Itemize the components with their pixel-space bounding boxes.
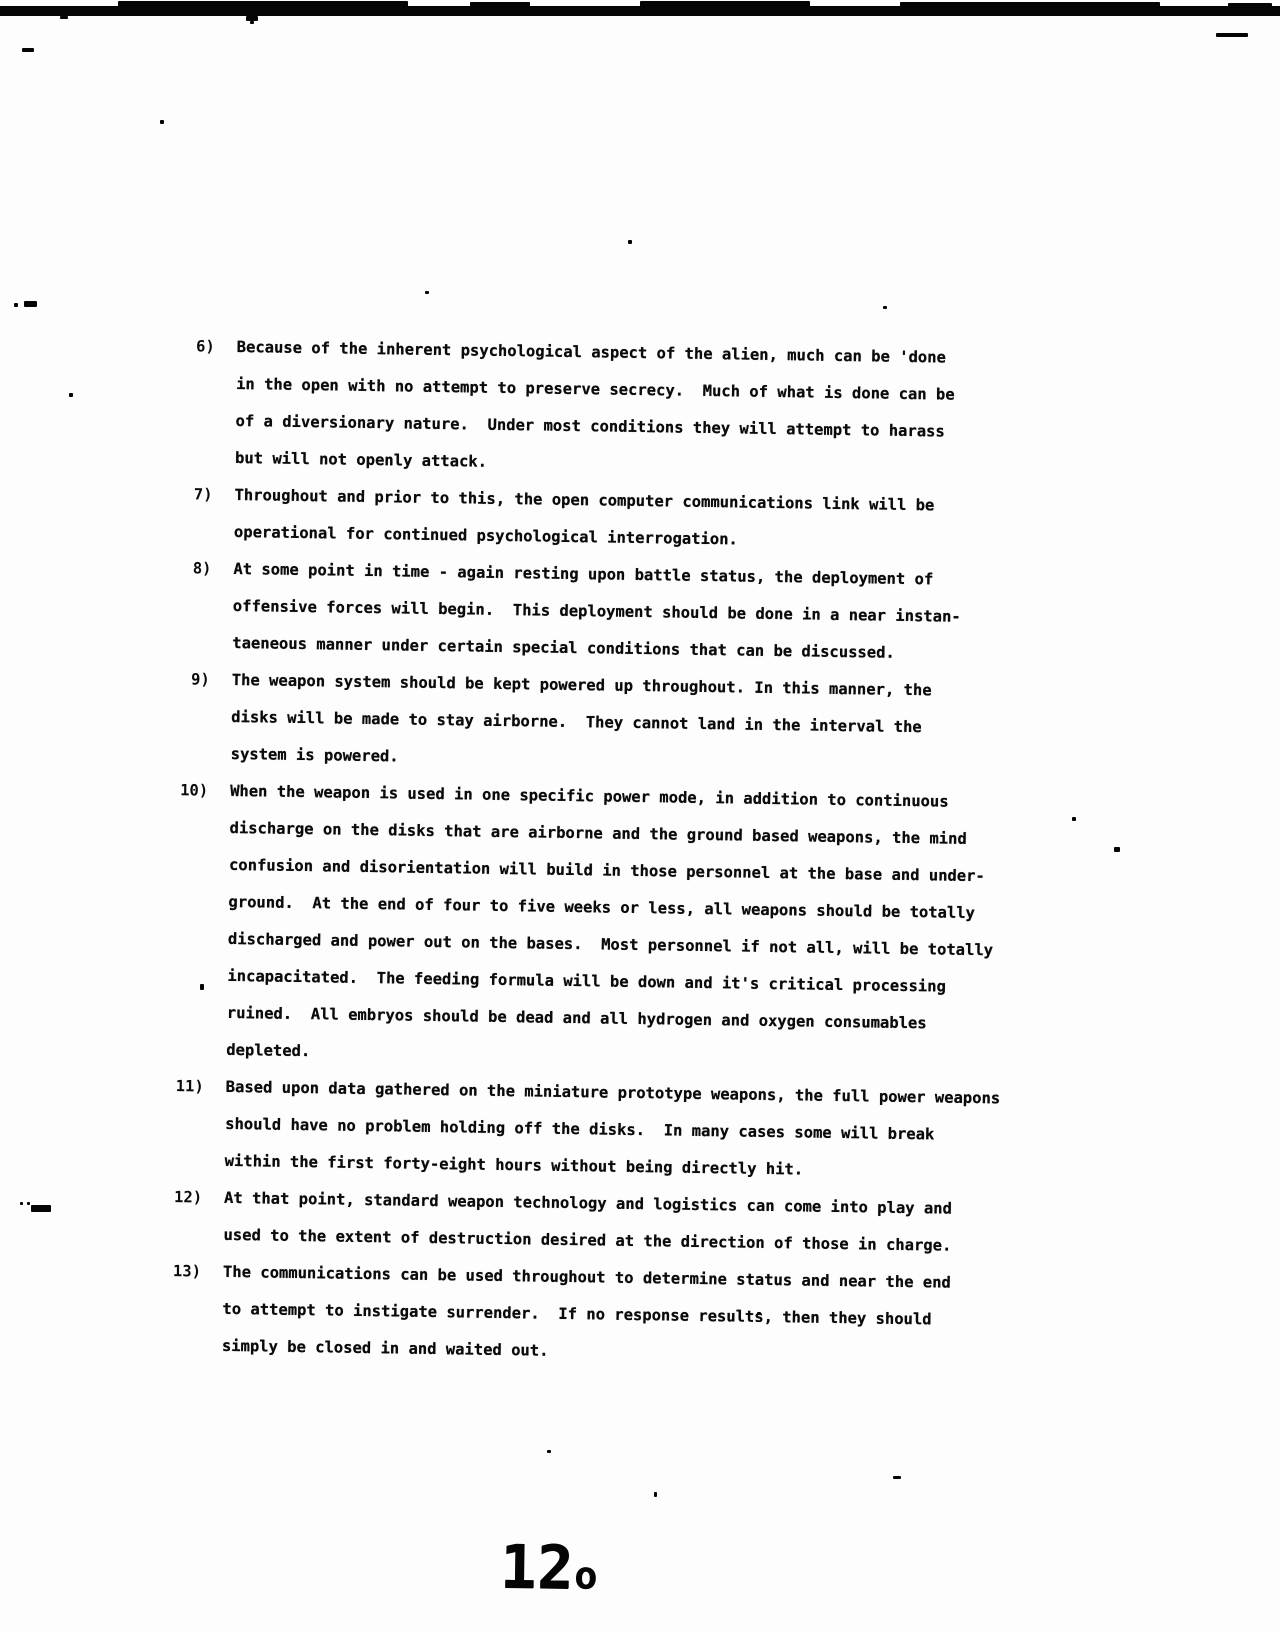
list-item-number: 8) [166, 550, 212, 588]
list-item: 8) At some point in time - again resting… [165, 550, 1167, 676]
scan-band-artifact [0, 6, 1280, 16]
document-body: 6) Because of the inherent psychological… [155, 328, 1170, 1379]
scan-speck [69, 393, 73, 397]
page-number: 12o [500, 1537, 598, 1598]
list-item-text: Based upon data gathered on the miniatur… [202, 1069, 1000, 1192]
page-number-last-digit: o [574, 1553, 598, 1597]
list-item-text: At that point, standard weapon technolog… [201, 1180, 952, 1265]
list-item-text: Because of the inherent psychological as… [213, 329, 956, 488]
scan-speck [547, 1450, 551, 1453]
scan-speck [425, 291, 429, 294]
list-item-number: 6) [169, 328, 215, 366]
list-item-text: At some point in time - again resting up… [210, 551, 961, 673]
scan-speck [27, 1202, 30, 1205]
list-item: 11) Based upon data gathered on the mini… [157, 1068, 1159, 1194]
scan-speck [14, 303, 18, 307]
list-item-number: 12) [157, 1179, 203, 1217]
list-item-number: 13) [156, 1253, 202, 1291]
list-item: 13) The communications can be used throu… [155, 1253, 1157, 1379]
scan-speck [628, 240, 632, 244]
list-item-number: 11) [158, 1068, 204, 1106]
list-item: 9) The weapon system should be kept powe… [163, 661, 1165, 787]
scan-speck [60, 16, 68, 19]
scanned-page: 6) Because of the inherent psychological… [0, 0, 1280, 1632]
scan-speck [22, 48, 34, 52]
scan-speck [893, 1476, 901, 1479]
scan-speck [470, 2, 530, 7]
scan-speck [1228, 3, 1272, 8]
scan-speck [640, 1, 810, 7]
scan-speck [654, 1492, 657, 1497]
scan-speck [883, 306, 887, 309]
scan-speck [160, 120, 164, 124]
scan-speck [1216, 33, 1248, 37]
scan-speck [20, 1202, 23, 1205]
numbered-list: 6) Because of the inherent psychological… [155, 328, 1170, 1379]
scan-speck [118, 1, 408, 7]
page-number-digits: 12 [500, 1532, 575, 1603]
list-item: 6) Because of the inherent psychological… [168, 328, 1170, 491]
scan-speck [24, 301, 37, 307]
list-item-text: When the weapon is used in one specific … [204, 773, 996, 1081]
list-item: 10) When the weapon is used in one speci… [159, 772, 1163, 1083]
list-item-number: 10) [163, 772, 209, 810]
scan-speck [250, 21, 254, 24]
scan-speck [31, 1205, 51, 1212]
list-item-number: 7) [167, 476, 213, 514]
scan-speck [900, 2, 1160, 7]
list-item-text: Throughout and prior to this, the open c… [212, 477, 935, 562]
list-item-text: The weapon system should be kept powered… [208, 662, 931, 784]
list-item-text: The communications can be used throughou… [200, 1254, 951, 1376]
list-item-number: 9) [165, 661, 211, 699]
